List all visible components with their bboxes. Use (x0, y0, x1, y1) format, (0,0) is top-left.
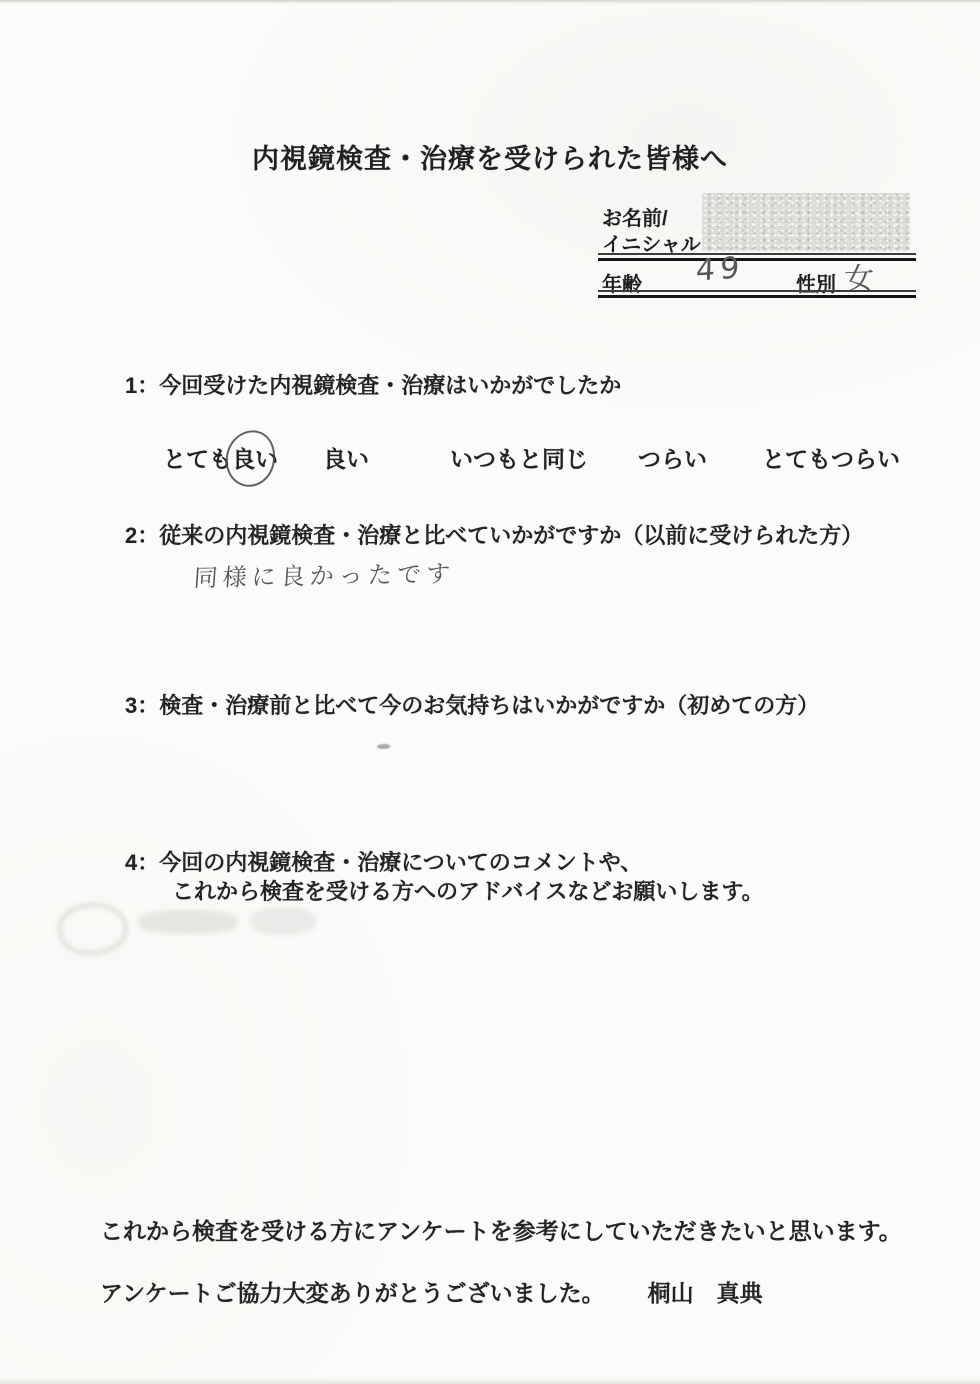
scanned-questionnaire-page: 内視鏡検査・治療を受けられた皆様へ お名前/ イニシャル 年齢 49 性別 女 … (0, 0, 980, 1384)
scan-speck-artifact (377, 744, 390, 749)
showthrough-pencil-mark (250, 907, 316, 935)
footer-note: これから検査を受ける方にアンケートを参考にしていただきたいと思います。 (100, 1213, 902, 1246)
q1-option-yoi: 良い (323, 441, 369, 474)
question-3-label: 3：検査・治療前と比べて今のお気持ちはいかがですか（初めての方） (125, 689, 819, 720)
patient-info-box: お名前/ イニシャル 年齢 49 性別 女 (598, 192, 916, 298)
q1-option-totemo-tsurai: とてもつらい (762, 441, 900, 474)
showthrough-pencil-mark (138, 910, 238, 934)
q2-handwritten-answer: 同様に良かったです (193, 554, 457, 594)
scan-artifact-bottom-edge (0, 1378, 980, 1384)
footer-thanks-text: アンケートご協力大変ありがとうございました。 (100, 1280, 605, 1306)
footer-thanks-line: アンケートご協力大変ありがとうございました。桐山 真典 (100, 1275, 763, 1308)
name-label-line1: お名前/ (602, 202, 668, 231)
showthrough-pencil-mark (55, 899, 130, 958)
question-4-label-line1: 4：今回の内視鏡検査・治療についてのコメントや、 (125, 846, 642, 877)
question-1-label: 1：今回受けた内視鏡検査・治療はいかがでしたか (125, 369, 621, 400)
q1-option-itsumo-to-onaji: いつもと同じ (450, 441, 588, 474)
redacted-name-blur (702, 193, 910, 251)
handwritten-answer-circle-mark (220, 425, 281, 492)
signature-name: 桐山 真典 (648, 1280, 763, 1306)
age-handwritten-value: 49 (695, 250, 745, 288)
question-2-label: 2：従来の内視鏡検査・治療と比べていかがですか（以前に受けられた方） (125, 519, 863, 550)
question-4-label-line2: これから検査を受ける方へのアドバイスなどお願いします。 (172, 875, 764, 906)
scan-artifact-top-edge (0, 0, 980, 4)
q1-option-tsurai: つらい (638, 441, 707, 474)
page-title: 内視鏡検査・治療を受けられた皆様へ (0, 137, 980, 176)
info-box-bottom-rule (598, 290, 916, 298)
